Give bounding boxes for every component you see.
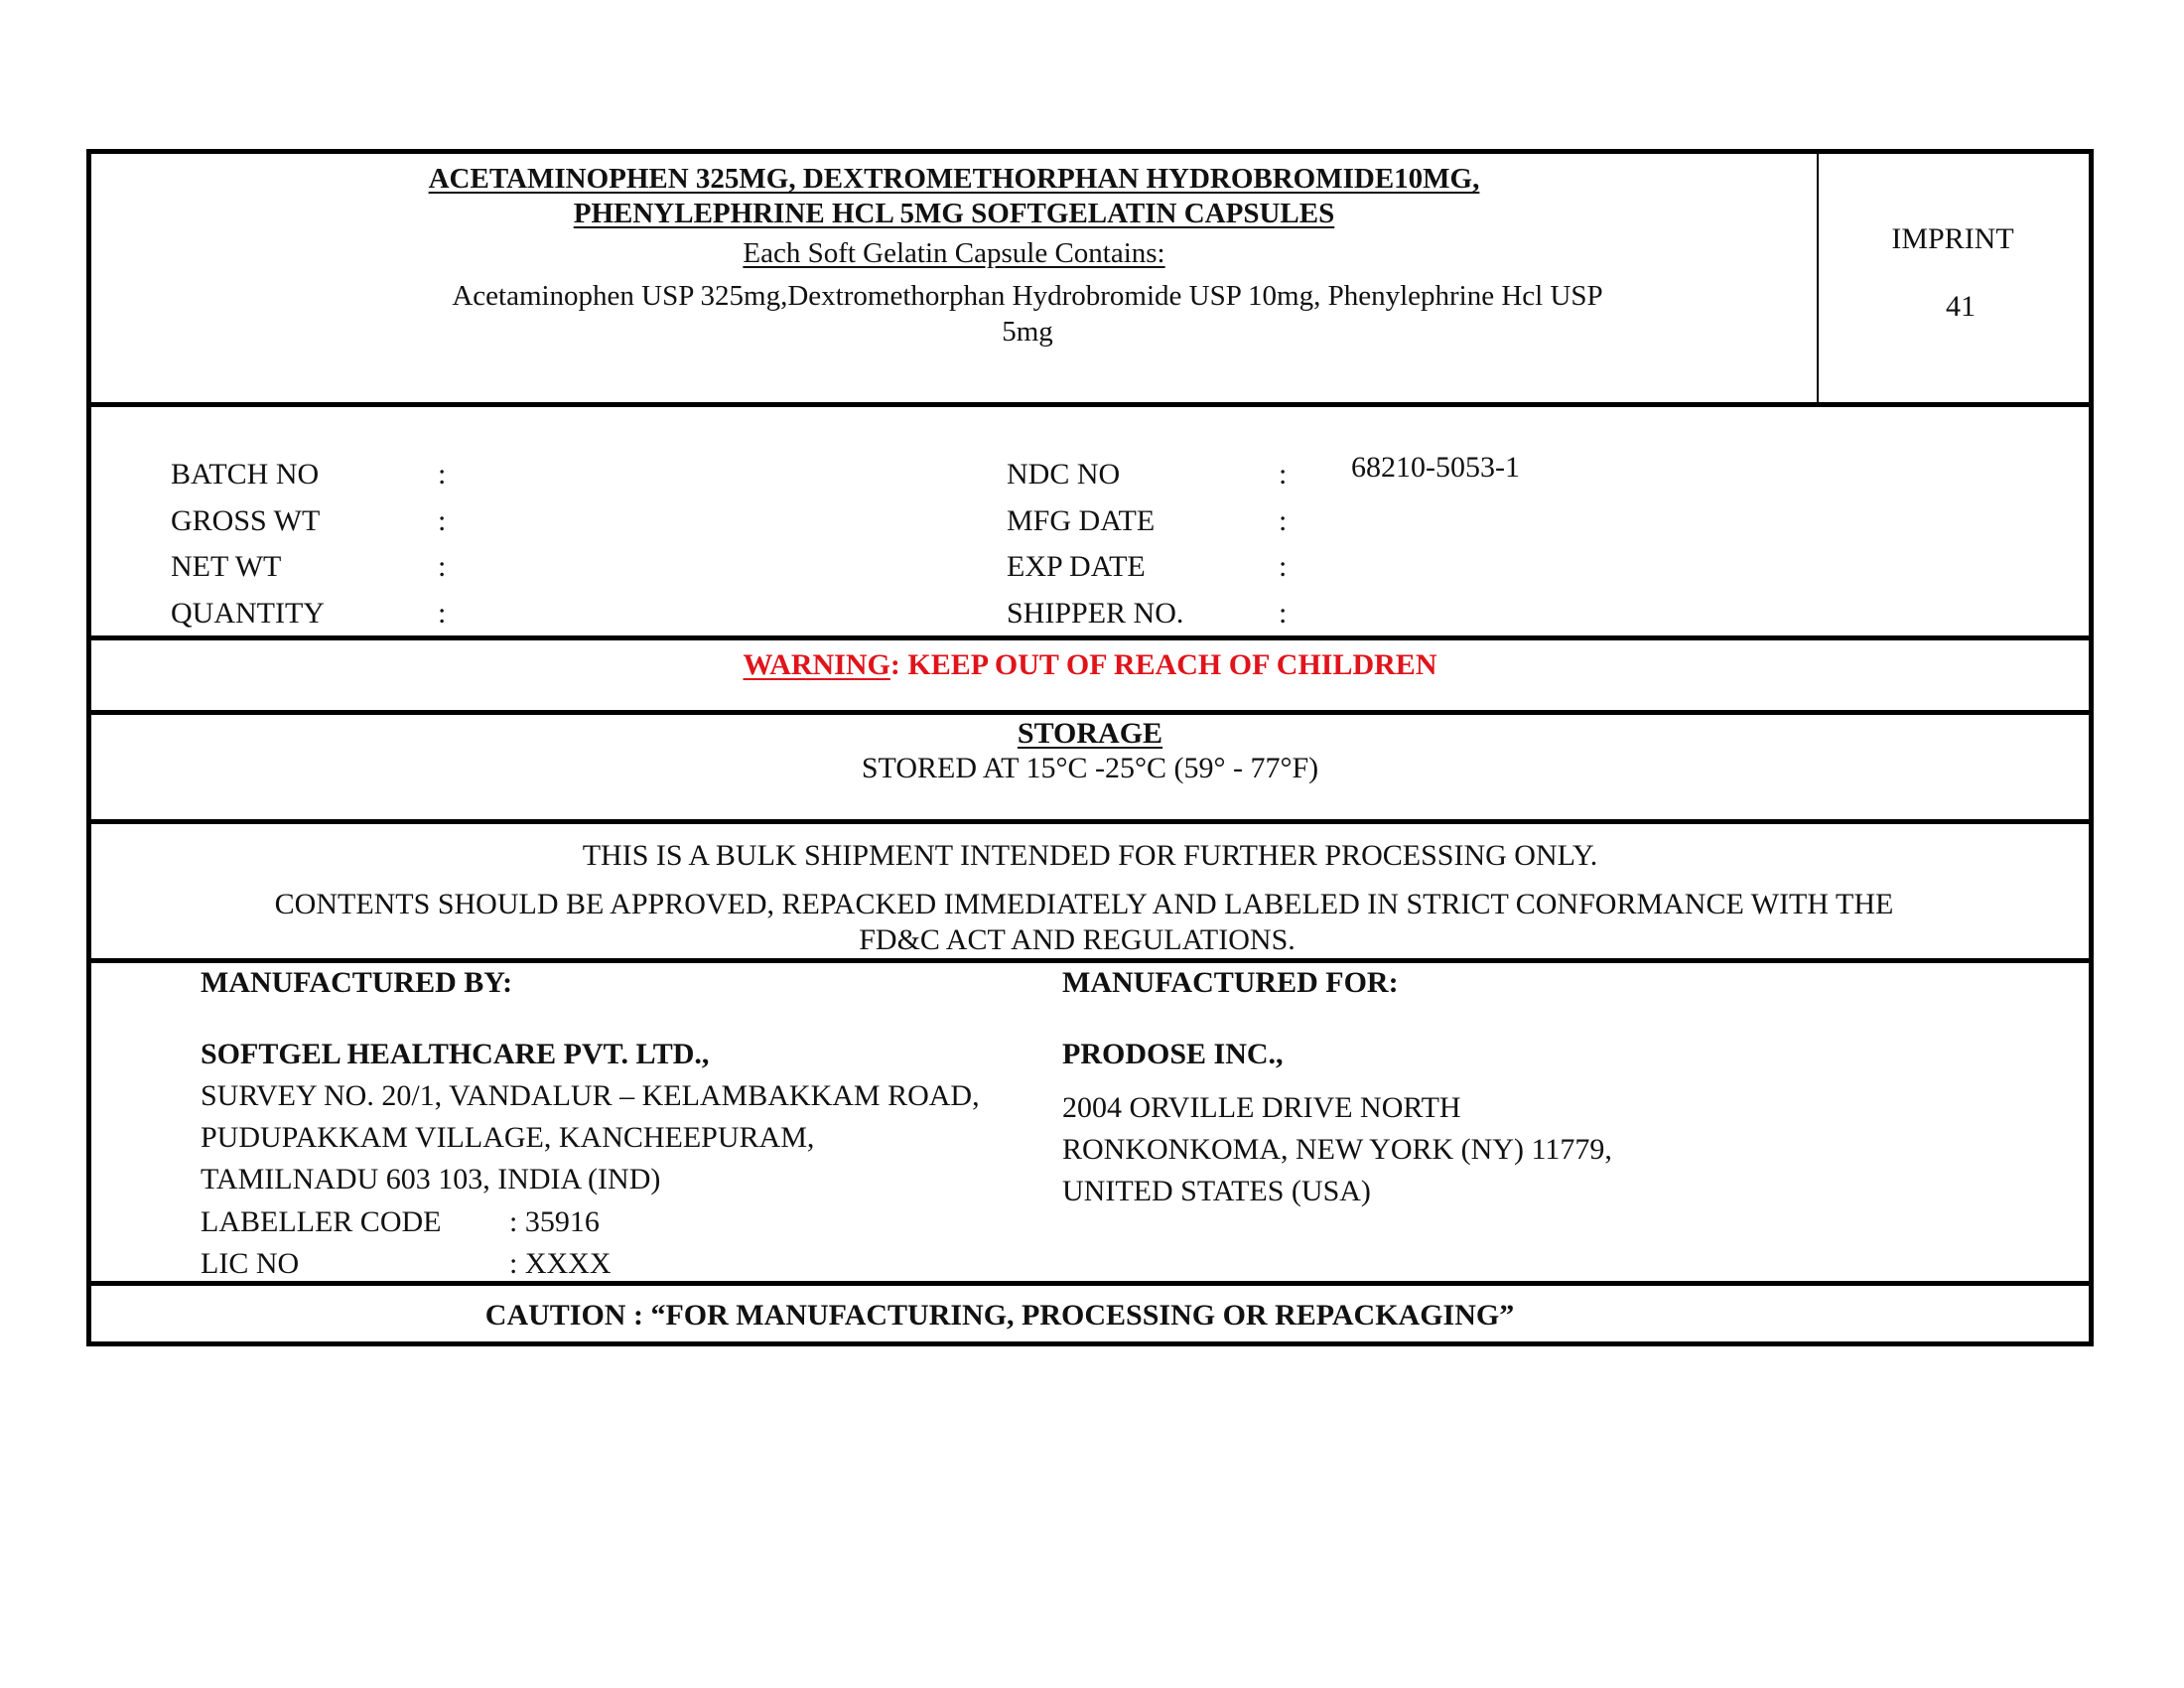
imprint-label: IMPRINT: [1819, 222, 2087, 256]
client-address-line2: RONKONKOMA, NEW YORK (NY) 11779,: [1062, 1133, 1612, 1167]
warning-banner: WARNING: KEEP OUT OF REACH OF CHILDREN: [91, 648, 2089, 682]
divider-warning: [86, 710, 2094, 715]
contains-heading: Each Soft Gelatin Capsule Contains:: [91, 237, 1817, 270]
gross-wt-separator: :: [438, 504, 446, 538]
gross-wt-label: GROSS WT: [171, 504, 320, 538]
quantity-label: QUANTITY: [171, 597, 325, 631]
product-title-line1: ACETAMINOPHEN 325MG, DEXTROMETHORPHAN HY…: [91, 163, 1817, 196]
warning-text: : KEEP OUT OF REACH OF CHILDREN: [890, 648, 1437, 681]
net-wt-label: NET WT: [171, 550, 281, 584]
manufacturer-address-line1: SURVEY NO. 20/1, VANDALUR – KELAMBAKKAM …: [201, 1079, 980, 1113]
shipper-no-label: SHIPPER NO.: [1007, 597, 1183, 631]
composition-line2: 5mg: [91, 316, 1964, 349]
divider-manufacturer: [86, 1281, 2094, 1286]
composition-line1: Acetaminophen USP 325mg,Dextromethorphan…: [91, 280, 1964, 313]
ndc-no-value: 68210-5053-1: [1351, 451, 1520, 485]
client-name: PRODOSE INC.,: [1062, 1038, 1284, 1071]
manufacturer-address-line2: PUDUPAKKAM VILLAGE, KANCHEEPURAM,: [201, 1121, 814, 1155]
divider-header: [86, 402, 2094, 407]
product-title-line2: PHENYLEPHRINE HCL 5MG SOFTGELATIN CAPSUL…: [91, 198, 1817, 230]
storage-text: STORED AT 15°C -25°C (59° - 77°F): [91, 752, 2089, 785]
client-address-line3: UNITED STATES (USA): [1062, 1175, 1371, 1208]
labeller-code-value: : 35916: [509, 1205, 600, 1239]
batch-no-label: BATCH NO: [171, 458, 319, 492]
exp-date-label: EXP DATE: [1007, 550, 1146, 584]
manufactured-by-heading: MANUFACTURED BY:: [201, 966, 512, 1000]
bulk-line1: THIS IS A BULK SHIPMENT INTENDED FOR FUR…: [91, 839, 2089, 873]
ndc-no-label: NDC NO: [1007, 458, 1120, 492]
lic-no-label: LIC NO: [201, 1247, 299, 1281]
labeller-code-label: LABELLER CODE: [201, 1205, 441, 1239]
imprint-value: 41: [1827, 290, 2095, 324]
shipper-no-separator: :: [1279, 597, 1287, 631]
storage-heading: STORAGE: [91, 717, 2089, 751]
caution-text: CAUTION : “FOR MANUFACTURING, PROCESSING…: [91, 1299, 1908, 1333]
batch-no-separator: :: [438, 458, 446, 492]
divider-details: [86, 635, 2094, 640]
divider-bulk: [86, 958, 2094, 963]
bulk-line2: CONTENTS SHOULD BE APPROVED, REPACKED IM…: [91, 888, 2077, 921]
lic-no-value: : XXXX: [509, 1247, 612, 1281]
divider-imprint: [1817, 149, 1819, 405]
ndc-no-separator: :: [1279, 458, 1287, 492]
quantity-separator: :: [438, 597, 446, 631]
bulk-line3: FD&C ACT AND REGULATIONS.: [91, 923, 2063, 957]
manufactured-for-heading: MANUFACTURED FOR:: [1062, 966, 1399, 1000]
mfg-date-label: MFG DATE: [1007, 504, 1155, 538]
manufacturer-name: SOFTGEL HEALTHCARE PVT. LTD.,: [201, 1038, 709, 1071]
divider-storage: [86, 819, 2094, 824]
exp-date-separator: :: [1279, 550, 1287, 584]
client-address-line1: 2004 ORVILLE DRIVE NORTH: [1062, 1091, 1461, 1125]
manufacturer-address-line3: TAMILNADU 603 103, INDIA (IND): [201, 1163, 660, 1196]
net-wt-separator: :: [438, 550, 446, 584]
warning-prefix: WARNING: [744, 648, 890, 681]
mfg-date-separator: :: [1279, 504, 1287, 538]
